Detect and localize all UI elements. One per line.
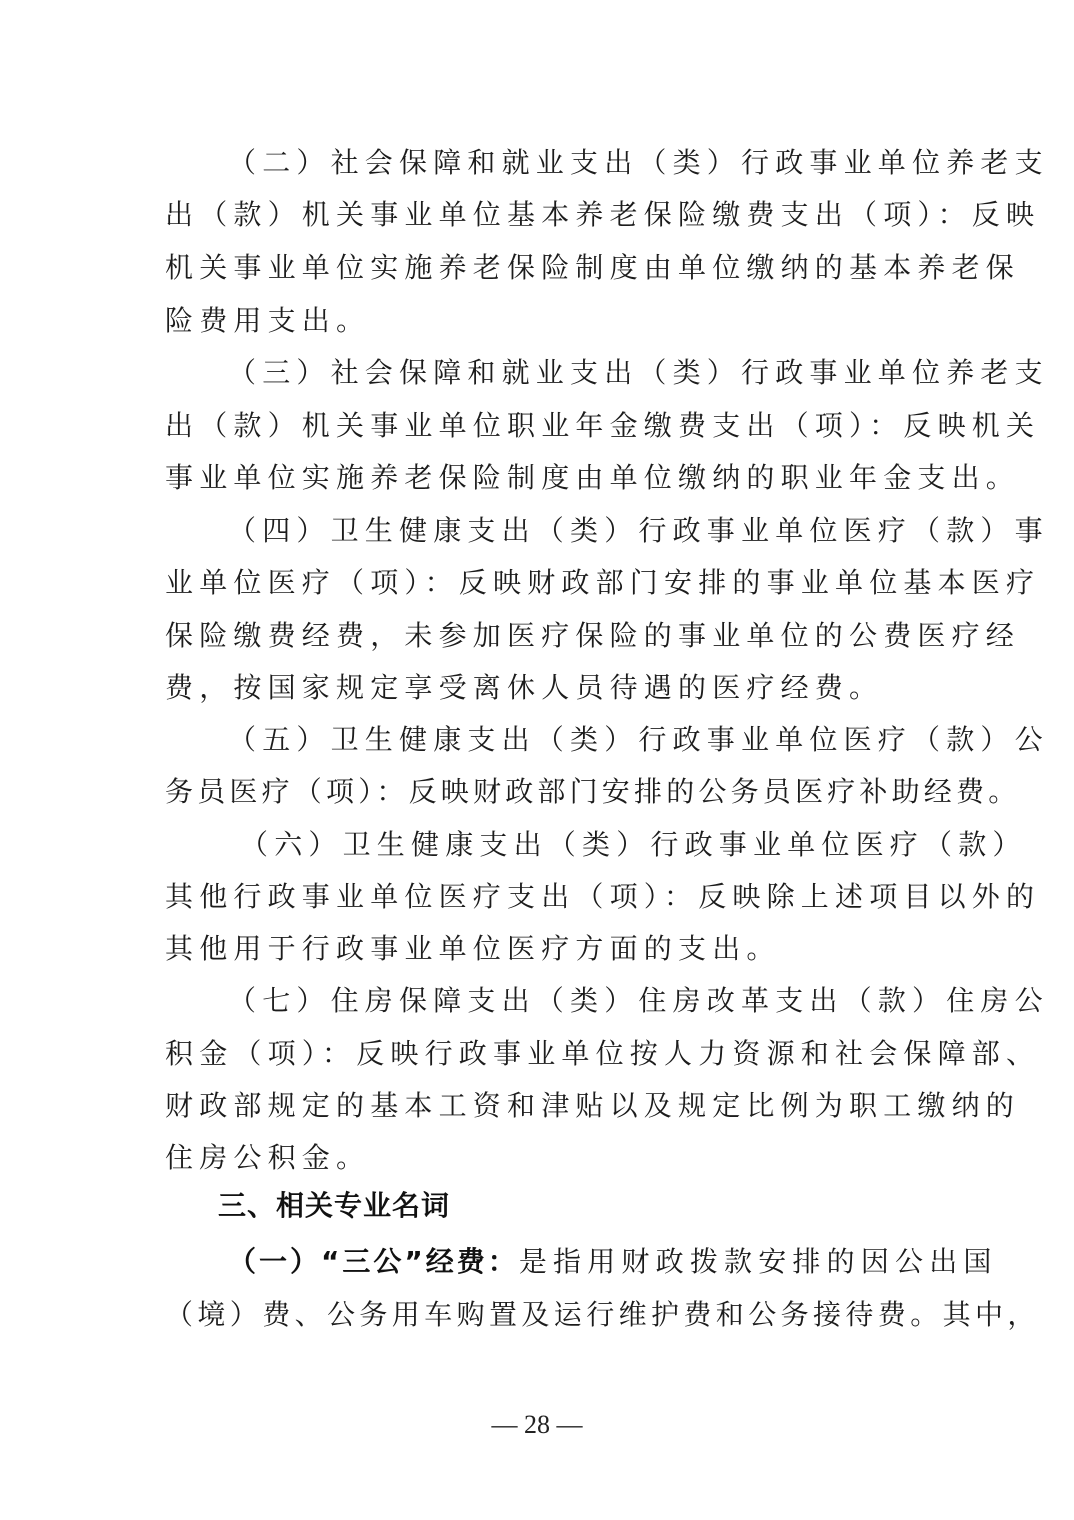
page-number: — 28 —: [0, 1410, 1074, 1440]
term-definition-line: （境）费、公务用车购置及运行维护费和公务接待费。其中，: [165, 1295, 1040, 1335]
paragraph-line: （二）社会保障和就业支出（类）行政事业单位养老支: [228, 143, 1049, 183]
paragraph-line: 其他行政事业单位医疗支出（项）：反映除上述项目以外的: [165, 877, 1040, 917]
paragraph-line: （五）卫生健康支出（类）行政事业单位医疗（款）公: [228, 720, 1049, 760]
paragraph-line: （七）住房保障支出（类）住房改革支出（款）住房公: [228, 981, 1049, 1021]
paragraph-line: 费，按国家规定享受离休人员待遇的医疗经费。: [165, 668, 883, 708]
document-page: （二）社会保障和就业支出（类）行政事业单位养老支 出（款）机关事业单位基本养老保…: [0, 0, 1074, 1520]
paragraph-line: 积金（项）：反映行政事业单位按人力资源和社会保障部、: [165, 1034, 1040, 1074]
paragraph-line: 险费用支出。: [165, 301, 370, 341]
term-definition-text: 是指用财政拨款安排的因公出国: [519, 1245, 998, 1278]
paragraph-line: （四）卫生健康支出（类）行政事业单位医疗（款）事: [228, 511, 1049, 551]
paragraph-line: 其他用于行政事业单位医疗方面的支出。: [165, 929, 781, 969]
paragraph-line: 财政部规定的基本工资和津贴以及规定比例为职工缴纳的: [165, 1086, 1020, 1126]
paragraph-line: 出（款）机关事业单位职业年金缴费支出（项）：反映机关: [165, 406, 1040, 446]
paragraph-line: （六）卫生健康支出（类）行政事业单位医疗（款）: [240, 825, 1027, 865]
paragraph-line: 业单位医疗（项）：反映财政部门安排的事业单位基本医疗: [165, 563, 1040, 603]
paragraph-line: 务员医疗（项）：反映财政部门安排的公务员医疗补助经费。: [165, 772, 1020, 812]
paragraph-line: 事业单位实施养老保险制度由单位缴纳的职业年金支出。: [165, 458, 1020, 498]
term-definition-line: （一）“三公”经费：是指用财政拨款安排的因公出国: [228, 1242, 998, 1282]
paragraph-line: 机关事业单位实施养老保险制度由单位缴纳的基本养老保: [165, 248, 1020, 288]
paragraph-line: 保险缴费经费，未参加医疗保险的事业单位的公费医疗经: [165, 616, 1020, 656]
term-label: （一）“三公”经费：: [228, 1245, 519, 1278]
paragraph-line: 住房公积金。: [165, 1138, 370, 1178]
paragraph-line: 出（款）机关事业单位基本养老保险缴费支出（项）：反映: [165, 195, 1040, 235]
paragraph-line: （三）社会保障和就业支出（类）行政事业单位养老支: [228, 353, 1049, 393]
section-heading: 三、相关专业名词: [218, 1186, 450, 1226]
